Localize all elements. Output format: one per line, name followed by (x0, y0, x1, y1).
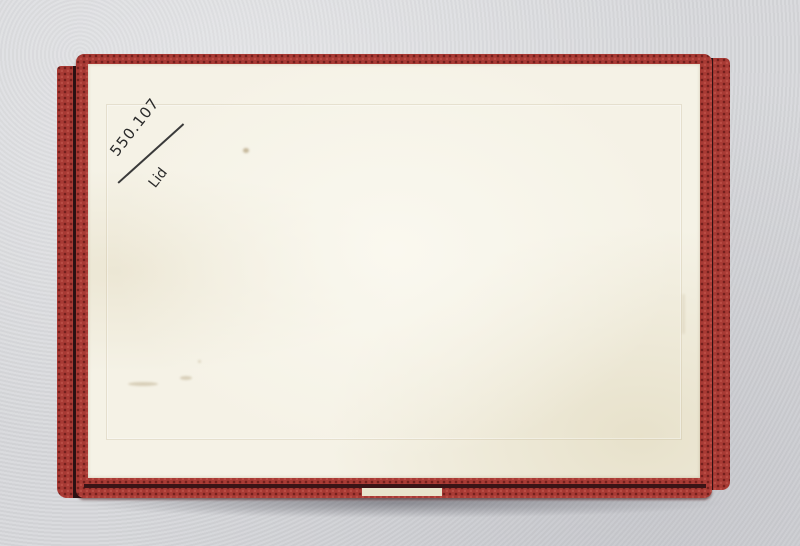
paper-bevel-edge (106, 104, 682, 440)
stain (682, 294, 685, 334)
stain (198, 360, 201, 363)
stain (128, 382, 158, 386)
stain (180, 376, 192, 380)
bottom-hinge-gap (362, 488, 442, 496)
stain (243, 148, 249, 153)
